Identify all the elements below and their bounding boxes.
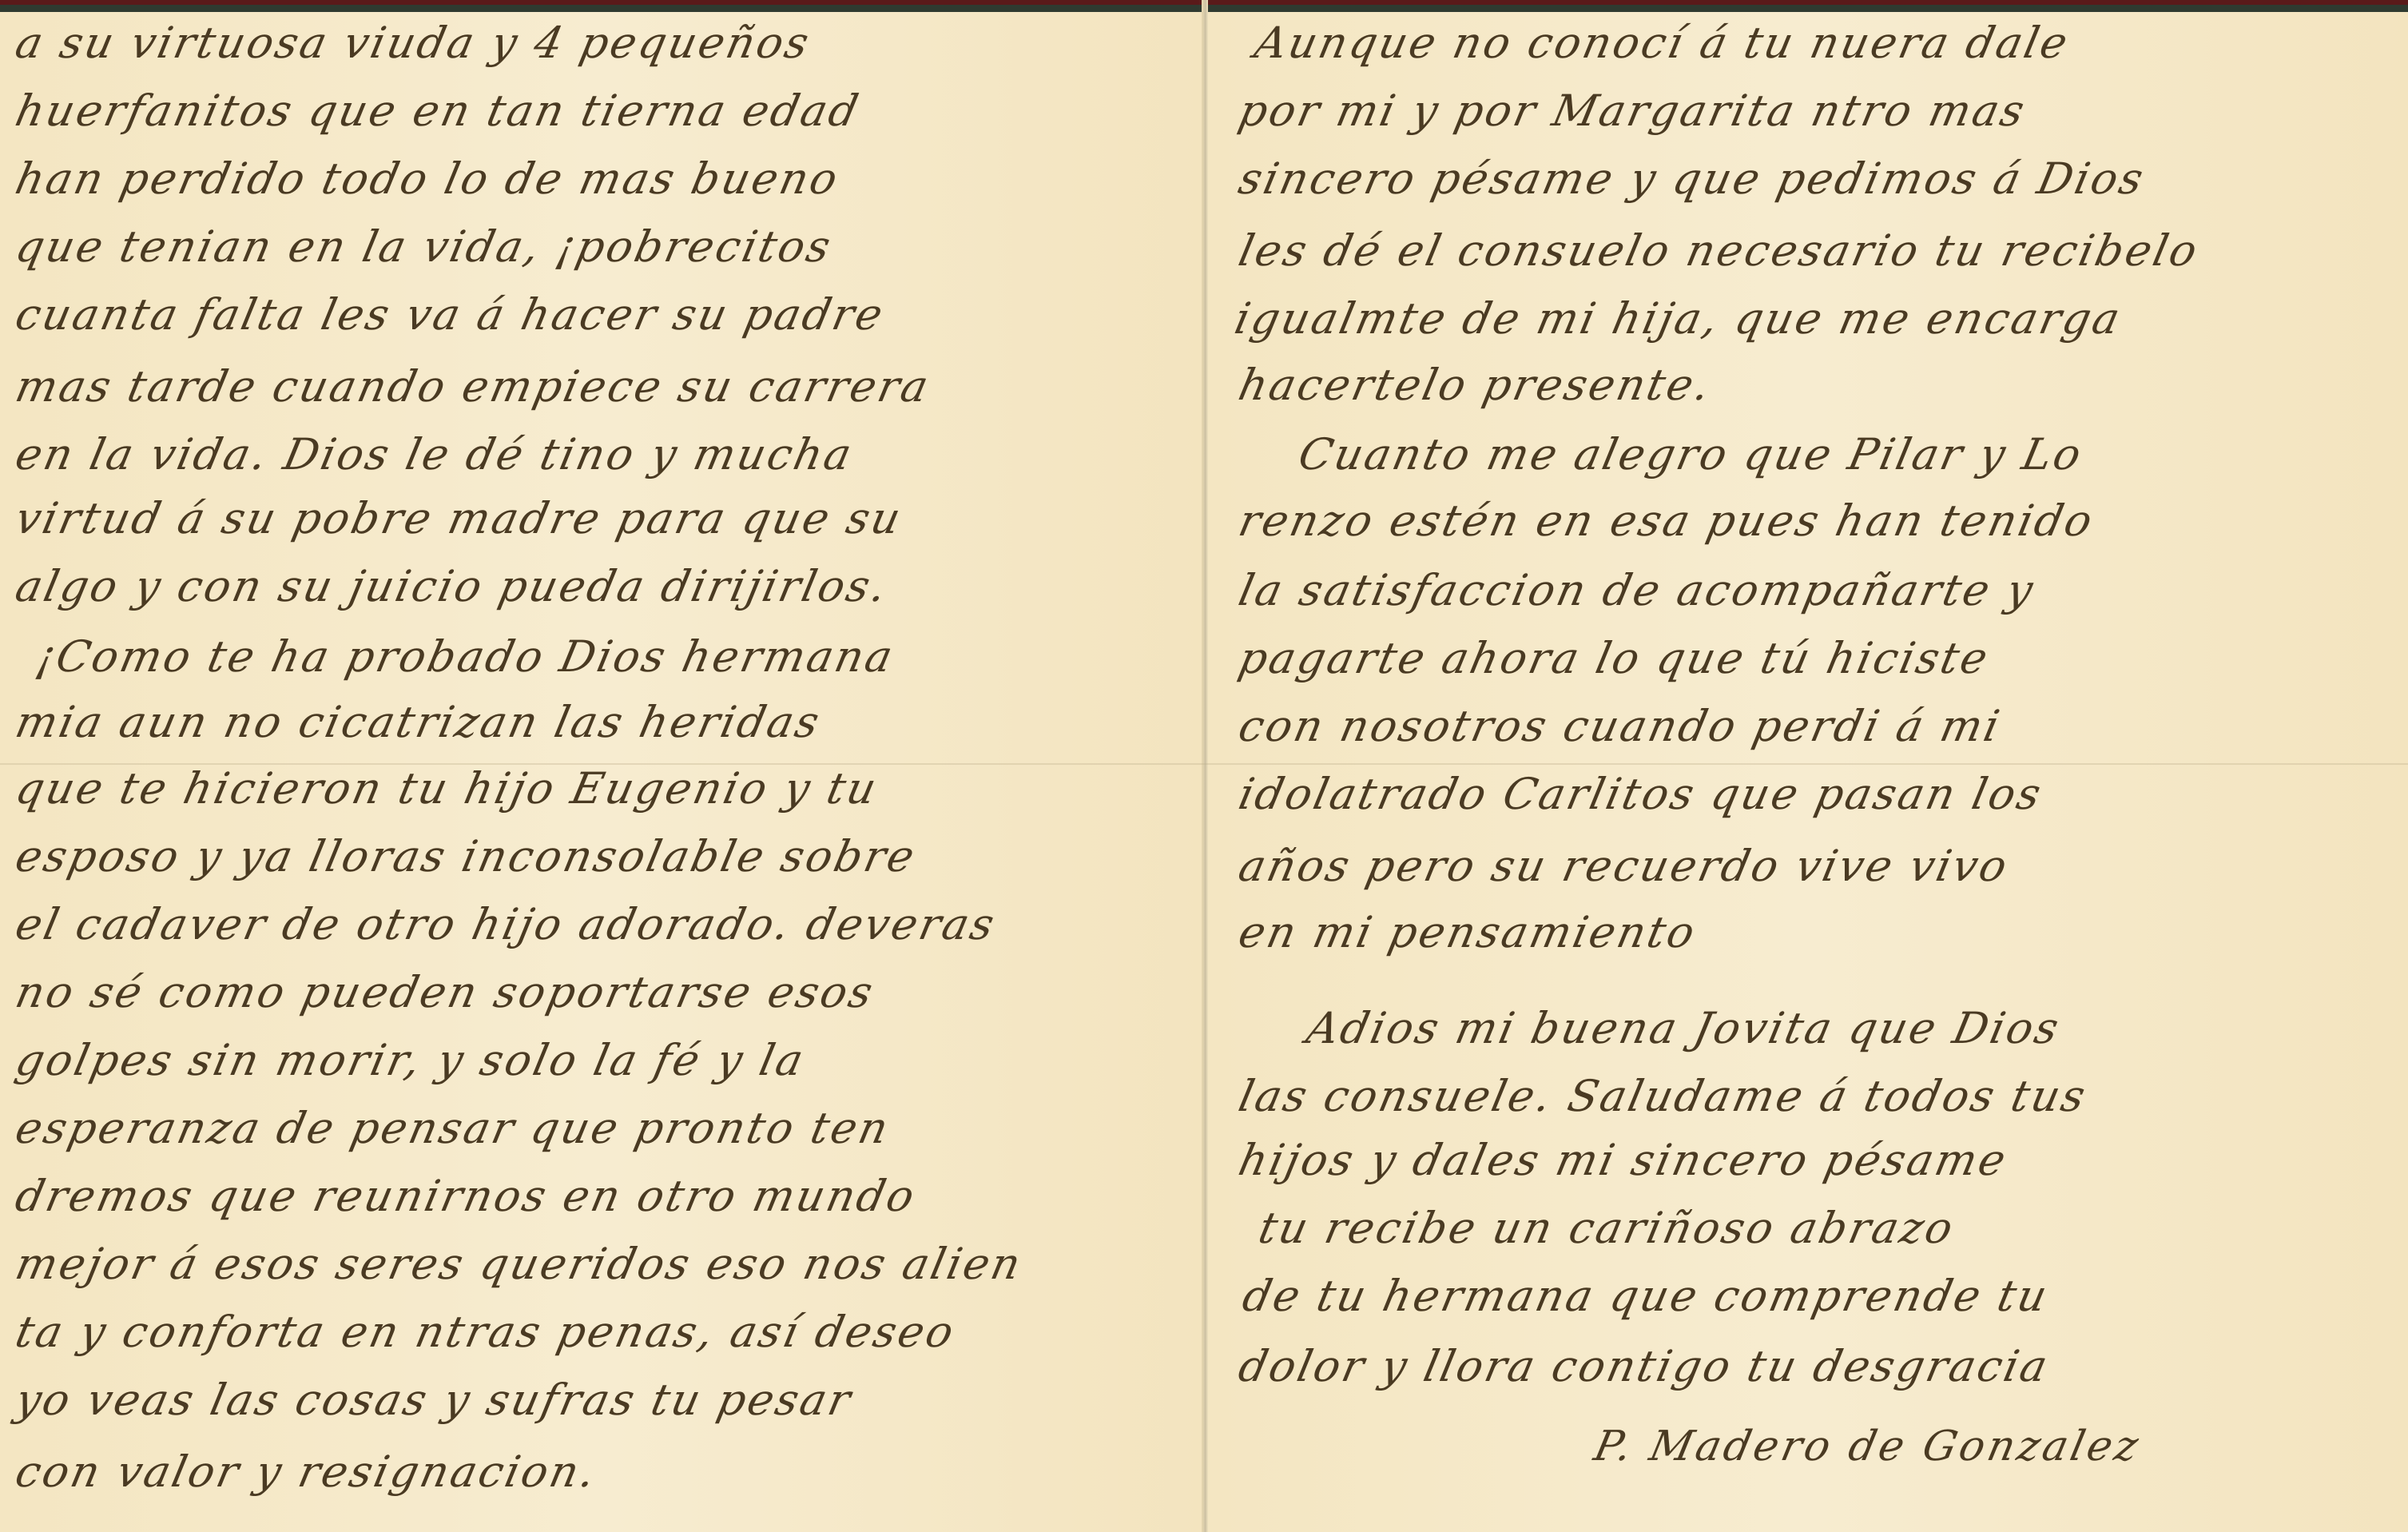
- letter-line: hacertelo presente.: [1234, 360, 1717, 410]
- letter-line: mas tarde cuando empiece su carrera: [11, 361, 935, 412]
- letter-line: dremos que reunirnos en otro mundo: [11, 1171, 921, 1221]
- letter-line: algo y con su juicio pueda dirijirlos.: [11, 561, 893, 611]
- letter-line: pagarte ahora lo que tú hiciste: [1234, 633, 1994, 683]
- letter-line: idolatrado Carlitos que pasan los: [1234, 769, 2048, 819]
- letter-line: renzo estén en esa pues han tenido: [1234, 495, 2099, 546]
- letter-line: mia aun no cicatrizan las heridas: [11, 697, 826, 747]
- letter-line: sincero pésame y que pedimos á Dios: [1234, 153, 2150, 204]
- letter-line: con valor y resignacion.: [11, 1446, 602, 1497]
- letter-line: ¡Como te ha probado Dios hermana: [32, 631, 900, 682]
- letter-line: huerfanitos que en tan tierna edad: [11, 86, 864, 136]
- letter-line: cuanta falta les va á hacer su padre: [11, 289, 889, 340]
- page-fold: [1202, 0, 1208, 1532]
- letter-line: esposo y ya lloras inconsolable sobre: [11, 831, 921, 881]
- letter-line: en mi pensamiento: [1234, 907, 1702, 957]
- signature: P. Madero de Gonzalez: [1590, 1423, 2145, 1470]
- letter-line: años pero su recuerdo vive vivo: [1234, 841, 2013, 891]
- letter-line: yo veas las cosas y sufras tu pesar: [11, 1375, 857, 1425]
- letter-line: que te hicieron tu hijo Eugenio y tu: [11, 763, 883, 814]
- letter-line: las consuele. Saludame á todos tus: [1234, 1071, 2092, 1121]
- letter-line: mejor á esos seres queridos eso nos alie…: [11, 1239, 1027, 1289]
- letter-line: han perdido todo lo de mas bueno: [11, 153, 844, 204]
- letter-line: igualmte de mi hija, que me encarga: [1230, 293, 2127, 344]
- letter-line: ta y conforta en ntras penas, así deseo: [11, 1307, 960, 1357]
- letter-line: por mi y por Margarita ntro mas: [1234, 86, 2031, 136]
- letter-line: Cuanto me alegro que Pilar y Lo: [1294, 429, 2088, 479]
- letter-line: tu recibe un cariñoso abrazo: [1254, 1203, 1960, 1253]
- letter-line: con nosotros cuando perdi á mi: [1234, 701, 2006, 751]
- letter-line: que tenian en la vida, ¡pobrecitos: [11, 221, 837, 272]
- letter-line: no sé como pueden soportarse esos: [11, 967, 880, 1017]
- letter-line: Adios mi buena Jovita que Dios: [1302, 1003, 2065, 1053]
- letter-line: en la vida. Dios le dé tino y mucha: [11, 429, 858, 479]
- letter-line: la satisfaccion de acompañarte y: [1234, 565, 2040, 615]
- letter-line: de tu hermana que comprende tu: [1238, 1271, 2054, 1321]
- letter-line: hijos y dales mi sincero pésame: [1234, 1135, 2013, 1185]
- letter-line: esperanza de pensar que pronto ten: [11, 1103, 895, 1153]
- letter-line: virtud á su pobre madre para que su: [11, 493, 908, 543]
- letter-line: Aunque no conocí á tu nuera dale: [1250, 18, 2074, 68]
- letter-line: dolor y llora contigo tu desgracia: [1234, 1341, 2054, 1391]
- letter-line: a su virtuosa viuda y 4 pequeños: [11, 18, 816, 68]
- letter-line: les dé el consuelo necesario tu recibelo: [1234, 225, 2203, 276]
- letter-line: el cadaver de otro hijo adorado. deveras: [11, 899, 1001, 949]
- letter-line: golpes sin morir, y solo la fé y la: [11, 1035, 810, 1085]
